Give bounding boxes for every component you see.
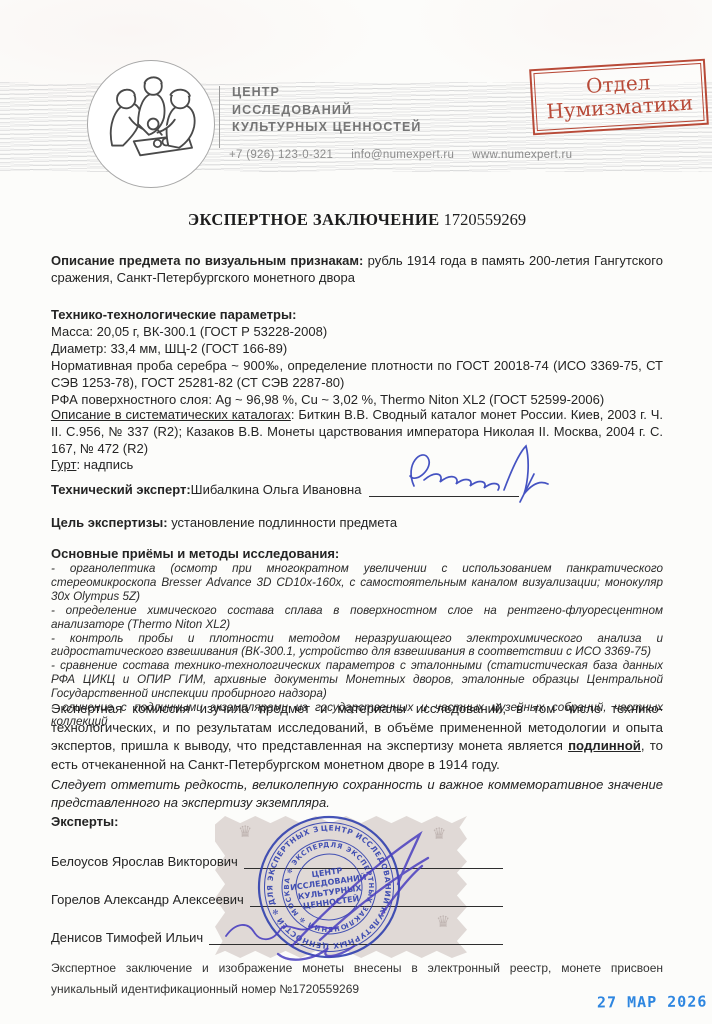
header-divider [219,86,220,148]
tech-param-diameter: Диаметр: 33,4 мм, ШЦ-2 (ГОСТ 166-89) [51,340,663,357]
numismatics-dept-stamp: Отдел Нумизматики [529,59,709,136]
visual-description-paragraph: Описание предмета по визуальным признака… [51,252,663,286]
phone-number: +7 (926) 123-0-321 [229,149,333,161]
document-number: 1720559269 [444,210,527,229]
catalogs-paragraph: Описание в систематических каталогах: Би… [51,406,663,457]
org-name: ЦЕНТР ИССЛЕДОВАНИЙ КУЛЬТУРНЫХ ЦЕННОСТЕЙ [232,84,421,137]
third-expert-signature [222,918,342,952]
contact-row: +7 (926) 123-0-321 info@numexpert.ru www… [229,149,572,161]
purpose-paragraph: Цель экспертизы: установление подлинност… [51,514,663,531]
technical-expert-signature [400,444,556,504]
edge-label: Гурт [51,457,76,472]
expert-name: Белоусов Ярослав Викторович [51,854,238,869]
tech-params-lines: Масса: 20,05 г, ВК-300.1 (ГОСТ Р 53228-2… [51,323,663,408]
visual-description-label: Описание предмета по визуальным признака… [51,253,363,268]
catalogs-label: Описание в систематических каталогах [51,407,291,422]
tech-params-section: Технико-технологические параметры: Масса… [51,306,663,408]
center-logo [87,60,215,188]
purpose-text: установление подлинности предмета [168,515,398,530]
numismatics-dept-stamp-text: Отдел Нумизматики [533,63,704,131]
tech-param-fineness: Нормативная проба серебра ~ 900‰, опреде… [51,357,663,391]
methods-heading: Основные приёмы и методы исследования: [51,545,663,562]
conclusion-paragraph: Экспертная комиссия изучила предмет и ма… [51,700,663,774]
org-name-line: ИССЛЕДОВАНИЙ [232,102,421,120]
purpose-label: Цель экспертизы: [51,515,168,530]
conclusion-section: Экспертная комиссия изучила предмет и ма… [51,700,663,811]
technical-expert-row: Технический эксперт: Шибалкина Ольга Ива… [51,482,663,497]
method-item: - определение химического состава сплава… [51,604,663,632]
technical-expert-name: Шибалкина Ольга Ивановна [191,482,362,497]
expert-name: Горелов Александр Алексеевич [51,892,244,907]
expert-name: Денисов Тимофей Ильич [51,930,203,945]
method-item: - сравнение состава технико-технологичес… [51,659,663,701]
tech-param-mass: Масса: 20,05 г, ВК-300.1 (ГОСТ Р 53228-2… [51,323,663,340]
conclusion-authentic-word: подлинной [568,738,641,753]
org-name-line: КУЛЬТУРНЫХ ЦЕННОСТЕЙ [232,119,421,137]
expert-conclusion-document: ЦЕНТР ИССЛЕДОВАНИЙ КУЛЬТУРНЫХ ЦЕННОСТЕЙ … [0,0,712,1024]
edge-text: : надпись [76,457,133,472]
numismatists-logo-icon [97,70,205,178]
document-title: ЭКСПЕРТНОЕ ЗАКЛЮЧЕНИЕ 1720559269 [51,210,663,230]
method-item: - органолептика (осмотр при многократном… [51,562,663,604]
conclusion-note: Следует отметить редкость, великолепную … [51,776,663,811]
org-name-line: ЦЕНТР [232,84,421,102]
date-stamp: 27 МАР 2026 [597,993,707,1012]
tech-params-heading: Технико-технологические параметры: [51,306,663,323]
method-item: - контроль пробы и плотности методом нер… [51,632,663,660]
website-url[interactable]: www.numexpert.ru [472,149,572,161]
document-title-label: ЭКСПЕРТНОЕ ЗАКЛЮЧЕНИЕ [188,210,440,229]
edge-line: Гурт: надпись [51,456,663,473]
email-address[interactable]: info@numexpert.ru [351,149,454,161]
technical-expert-label: Технический эксперт: [51,482,191,497]
